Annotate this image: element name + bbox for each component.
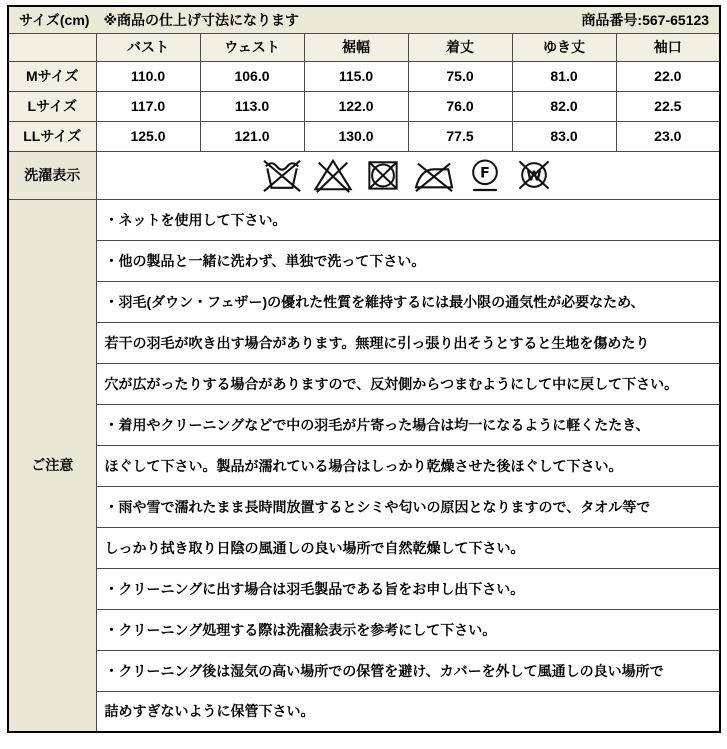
note-row: ・羽毛(ダウン・フェザー)の優れた性質を維持するには最小限の通気性が必要なため、	[8, 281, 720, 322]
size-unit-note: サイズ(cm) ※商品の仕上げ寸法になります	[19, 10, 299, 30]
size-row-m: Mサイズ 110.0 106.0 115.0 75.0 81.0 22.0	[8, 61, 720, 91]
size-row-l: Lサイズ 117.0 113.0 122.0 76.0 82.0 22.5	[8, 91, 720, 121]
note-row: ご注意 ・ネットを使用して下さい。	[8, 199, 720, 240]
header-cell: サイズ(cm) ※商品の仕上げ寸法になります 商品番号:567-65123	[8, 6, 720, 33]
note-row: ・雨や雪で濡れたまま長時間放置するとシミや匂いの原因となりますので、タオル等で	[8, 486, 720, 527]
note-line: しっかり拭き取り日陰の風通しの良い場所で自然乾燥して下さい。	[96, 527, 720, 568]
do-not-bleach-icon	[312, 156, 354, 194]
note-line: ・クリーニング処理する際は洗濯絵表示を参考にして下さい。	[96, 609, 720, 650]
size-ll-length: 77.5	[408, 121, 512, 151]
size-row-label: Mサイズ	[8, 61, 96, 91]
note-row: ・他の製品と一緒に洗わず、単独で洗って下さい。	[8, 240, 720, 281]
size-m-cuff: 22.0	[616, 61, 720, 91]
size-l-bust: 117.0	[96, 91, 200, 121]
note-line: ・他の製品と一緒に洗わず、単独で洗って下さい。	[96, 240, 720, 281]
note-row: ・クリーニング処理する際は洗濯絵表示を参考にして下さい。	[8, 609, 720, 650]
svg-text:F: F	[480, 166, 490, 182]
note-row: 詰めすぎないように保管下さい。	[8, 691, 720, 732]
note-line: 穴が広がったりする場合がありますので、反対側からつまむようにして中に戻して下さい…	[96, 363, 720, 404]
size-ll-waist: 121.0	[200, 121, 304, 151]
do-not-wash-icon	[261, 156, 303, 194]
do-not-tumble-dry-icon	[363, 156, 403, 194]
size-l-waist: 113.0	[200, 91, 304, 121]
size-l-yuki: 82.0	[512, 91, 616, 121]
product-number: 商品番号:567-65123	[581, 10, 709, 30]
care-symbols-cell: F W	[96, 151, 720, 199]
size-ll-cuff: 23.0	[616, 121, 720, 151]
note-line: ・クリーニングに出す場合は羽毛製品である旨をお申し出下さい。	[96, 568, 720, 609]
col-header-cuff: 袖口	[616, 33, 720, 61]
note-row: ・クリーニング後は湿気の高い場所での保管を避け、カバーを外して風通しの良い場所で	[8, 650, 720, 691]
col-header-hem: 裾幅	[304, 33, 408, 61]
size-l-length: 76.0	[408, 91, 512, 121]
care-symbols-group: F W	[101, 156, 716, 194]
care-symbols-row: 洗濯表示	[8, 151, 720, 199]
note-row: 若干の羽毛が吹き出す場合があります。無理に引っ張り出そうとすると生地を傷めたり	[8, 322, 720, 363]
note-row: ほぐして下さい。製品が濡れている場合はしっかり乾燥させた後ほぐして下さい。	[8, 445, 720, 486]
col-header-yuki: ゆき丈	[512, 33, 616, 61]
do-not-wet-clean-icon: W	[514, 156, 554, 194]
note-line: 若干の羽毛が吹き出す場合があります。無理に引っ張り出そうとすると生地を傷めたり	[96, 322, 720, 363]
note-row: 穴が広がったりする場合がありますので、反対側からつまむようにして中に戻して下さい…	[8, 363, 720, 404]
size-l-hem: 122.0	[304, 91, 408, 121]
note-line: ・着用やクリーニングなどで中の羽毛が片寄った場合は均一になるように軽くたたき、	[96, 404, 720, 445]
size-ll-bust: 125.0	[96, 121, 200, 151]
column-header-row: バスト ウェスト 裾幅 着丈 ゆき丈 袖口	[8, 33, 720, 61]
note-line: ほぐして下さい。製品が濡れている場合はしっかり乾燥させた後ほぐして下さい。	[96, 445, 720, 486]
size-m-length: 75.0	[408, 61, 512, 91]
size-l-cuff: 22.5	[616, 91, 720, 121]
size-spec-sheet: サイズ(cm) ※商品の仕上げ寸法になります 商品番号:567-65123 バス…	[0, 0, 727, 733]
dry-clean-petroleum-solvent-gentle-icon: F	[465, 156, 505, 194]
col-header-length: 着丈	[408, 33, 512, 61]
do-not-iron-icon	[412, 156, 456, 194]
product-spec-table: サイズ(cm) ※商品の仕上げ寸法になります 商品番号:567-65123 バス…	[7, 5, 721, 733]
note-line: ・ネットを使用して下さい。	[96, 199, 720, 240]
table-header-row: サイズ(cm) ※商品の仕上げ寸法になります 商品番号:567-65123	[8, 6, 720, 33]
size-ll-hem: 130.0	[304, 121, 408, 151]
col-header-waist: ウェスト	[200, 33, 304, 61]
size-row-label: Lサイズ	[8, 91, 96, 121]
note-row: ・着用やクリーニングなどで中の羽毛が片寄った場合は均一になるように軽くたたき、	[8, 404, 720, 445]
note-line: ・雨や雪で濡れたまま長時間放置するとシミや匂いの原因となりますので、タオル等で	[96, 486, 720, 527]
col-header-bust: バスト	[96, 33, 200, 61]
corner-cell	[8, 33, 96, 61]
notes-label: ご注意	[8, 199, 96, 732]
size-m-yuki: 81.0	[512, 61, 616, 91]
note-row: しっかり拭き取り日陰の風通しの良い場所で自然乾燥して下さい。	[8, 527, 720, 568]
size-m-hem: 115.0	[304, 61, 408, 91]
note-line: ・クリーニング後は湿気の高い場所での保管を避け、カバーを外して風通しの良い場所で	[96, 650, 720, 691]
size-m-bust: 110.0	[96, 61, 200, 91]
size-row-ll: LLサイズ 125.0 121.0 130.0 77.5 83.0 23.0	[8, 121, 720, 151]
size-row-label: LLサイズ	[8, 121, 96, 151]
note-line: 詰めすぎないように保管下さい。	[96, 691, 720, 732]
size-ll-yuki: 83.0	[512, 121, 616, 151]
size-m-waist: 106.0	[200, 61, 304, 91]
note-line: ・羽毛(ダウン・フェザー)の優れた性質を維持するには最小限の通気性が必要なため、	[96, 281, 720, 322]
care-symbols-label: 洗濯表示	[8, 151, 96, 199]
note-row: ・クリーニングに出す場合は羽毛製品である旨をお申し出下さい。	[8, 568, 720, 609]
